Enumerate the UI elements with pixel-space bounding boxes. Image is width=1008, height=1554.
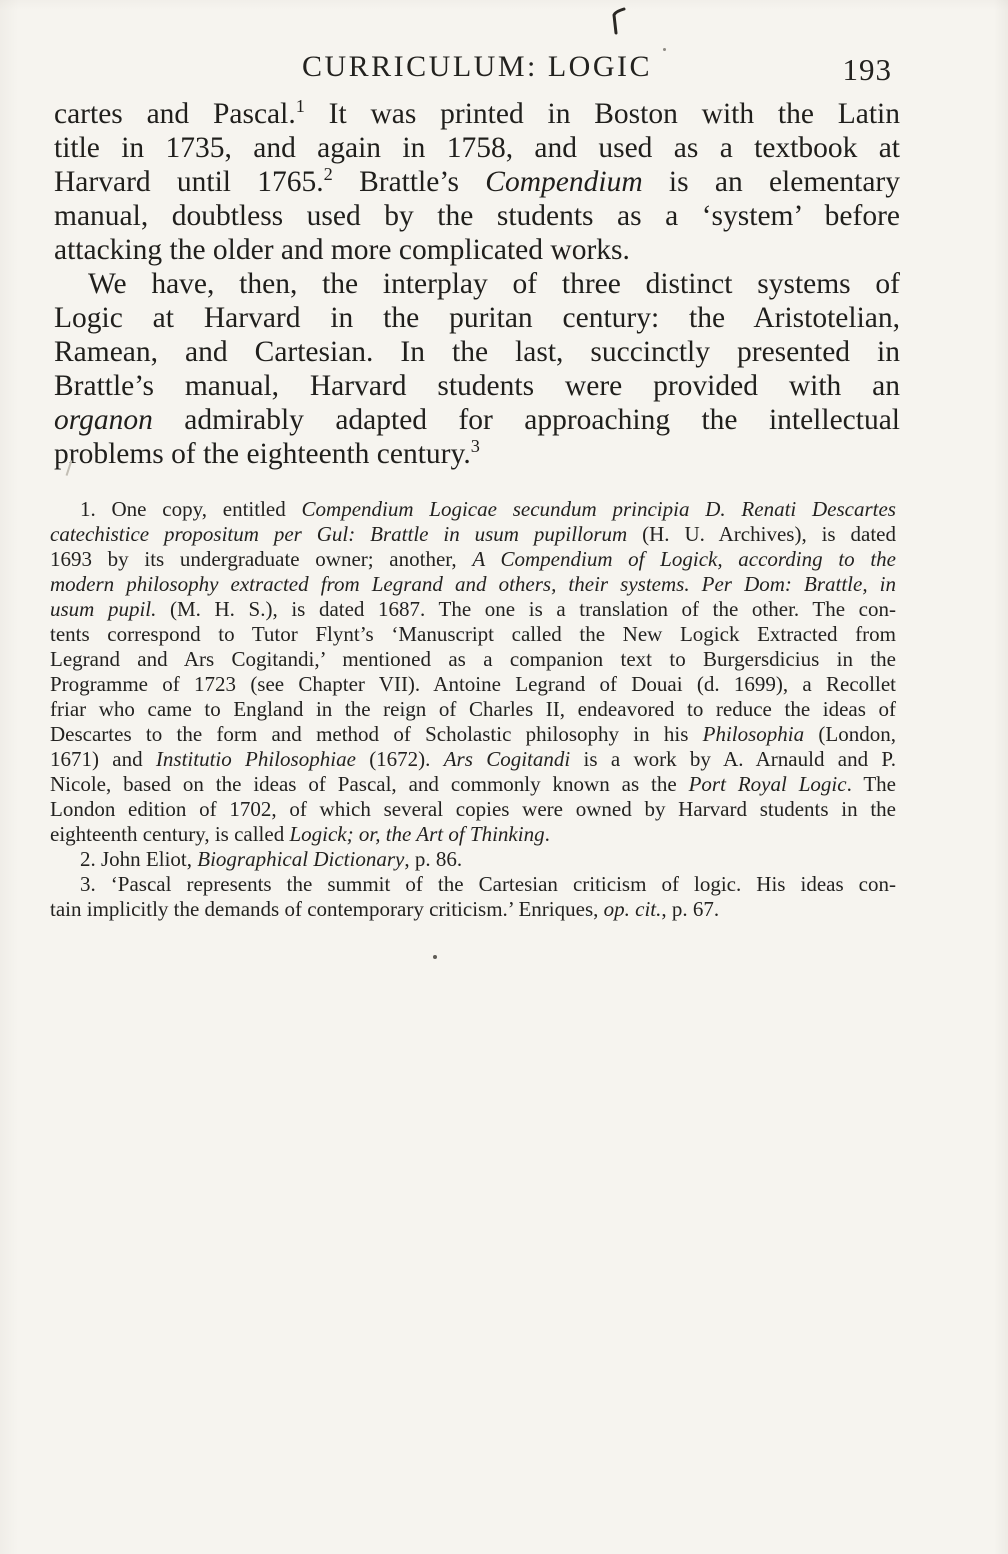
text-segment: Ramean, and Cartesian. In the last, succ…	[54, 336, 900, 368]
text-line: organon admirably adapted for approachin…	[54, 403, 900, 437]
ink-dot-icon	[433, 955, 437, 959]
text-segment: 1693 by its undergraduate owner; another…	[50, 547, 472, 571]
text-line: title in 1735, and again in 1758, and us…	[54, 131, 900, 165]
text-segment: Biographical Dictionary	[197, 847, 404, 871]
text-segment: admirably adapted for approaching the in…	[153, 404, 900, 436]
text-line: problems of the eighteenth century.3	[54, 437, 900, 471]
text-line: 2. John Eliot, Biographical Dictionary, …	[50, 847, 896, 872]
text-line: Legrand and Ars Cogitandi,’ mentioned as…	[50, 647, 896, 672]
text-line: We have, then, the interplay of three di…	[54, 267, 900, 301]
text-line: usum pupil. (M. H. S.), is dated 1687. T…	[50, 597, 896, 622]
text-line: 1. One copy, entitled Compendium Logicae…	[50, 497, 896, 522]
paragraph: We have, then, the interplay of three di…	[54, 267, 900, 471]
text-segment: Legrand and Ars Cogitandi,’ mentioned as…	[50, 647, 896, 671]
text-segment: Compendium Logicae secundum principia D.…	[302, 497, 896, 521]
text-line: Harvard until 1765.2 Brattle’s Compendiu…	[54, 165, 900, 199]
text-line: Descartes to the form and method of Scho…	[50, 722, 896, 747]
text-segment: We have, then, the interplay of three di…	[88, 268, 900, 300]
text-segment: A Compendium of Logick, according to the	[472, 547, 896, 571]
text-segment: Harvard until 1765.	[54, 166, 324, 198]
text-segment: modern philosophy extracted from Legrand…	[50, 572, 896, 596]
text-line: eighteenth century, is called Logick; or…	[50, 822, 896, 847]
text-segment: usum pupil.	[50, 597, 156, 621]
text-segment: 1671) and	[50, 747, 156, 771]
text-segment: tents correspond to Tutor Flynt’s ‘Manus…	[50, 622, 896, 646]
footnote-reference: 1	[296, 96, 305, 116]
ink-speck-icon	[663, 48, 666, 51]
text-segment: title in 1735, and again in 1758, and us…	[54, 132, 900, 164]
paragraph: 3. ‘Pascal represents the summit of the …	[50, 872, 896, 922]
text-segment: Logick; or, the Art of Thinking	[289, 822, 544, 846]
text-segment: 3. ‘Pascal represents the summit of the …	[80, 872, 896, 896]
text-segment: (London,	[804, 722, 896, 746]
text-line: cartes and Pascal.1 It was printed in Bo…	[54, 97, 900, 131]
text-line: Brattle’s manual, Harvard students were …	[54, 369, 900, 403]
text-segment: Brattle’s manual, Harvard students were …	[54, 370, 900, 402]
text-segment: Brattle’s	[333, 166, 486, 198]
text-line: London edition of 1702, of which several…	[50, 797, 896, 822]
text-segment: Institutio Philosophiae	[156, 747, 356, 771]
text-segment: Port Royal Logic	[689, 772, 847, 796]
text-line: catechistice propositum per Gul: Brattle…	[50, 522, 896, 547]
stray-pen-mark-icon	[605, 6, 631, 36]
text-segment: manual, doubtless used by the students a…	[54, 200, 900, 232]
text-segment: , p. 86.	[404, 847, 462, 871]
paragraph: 2. John Eliot, Biographical Dictionary, …	[50, 847, 896, 872]
text-segment: Programme of 1723 (see Chapter VII). Ant…	[50, 672, 896, 696]
text-segment: .	[545, 822, 550, 846]
text-segment: cartes and Pascal.	[54, 98, 296, 130]
stray-pen-mark-icon	[605, 6, 631, 36]
book-page: CURRICULUM: LOGIC 193 cartes and Pascal.…	[0, 0, 1008, 1554]
text-segment: Philosophia	[703, 722, 805, 746]
text-segment: Descartes to the form and method of Scho…	[50, 722, 703, 746]
text-segment: (M. H. S.), is dated 1687. The one is a …	[156, 597, 896, 621]
text-line: 1693 by its undergraduate owner; another…	[50, 547, 896, 572]
text-line: Logic at Harvard in the puritan century:…	[54, 301, 900, 335]
text-segment: , p. 67.	[661, 897, 719, 921]
footnote-reference: 3	[471, 436, 480, 456]
text-segment: . The	[847, 772, 896, 796]
text-segment: London edition of 1702, of which several…	[50, 797, 896, 821]
text-segment: (1672).	[356, 747, 444, 771]
running-title: CURRICULUM: LOGIC	[54, 50, 900, 84]
text-segment: organon	[54, 404, 153, 436]
text-segment: friar who came to England in the reign o…	[50, 697, 896, 721]
page-header: CURRICULUM: LOGIC 193	[54, 50, 900, 88]
footnote-reference: 2	[324, 164, 333, 184]
text-line: Programme of 1723 (see Chapter VII). Ant…	[50, 672, 896, 697]
text-segment: is a work by A. Arnauld and P.	[570, 747, 896, 771]
text-line: 3. ‘Pascal represents the summit of the …	[50, 872, 896, 897]
text-line: attacking the older and more complicated…	[54, 233, 900, 267]
text-line: tain implicitly the demands of contempor…	[50, 897, 896, 922]
text-segment: Ars Cogitandi	[444, 747, 571, 771]
text-segment: attacking the older and more complicated…	[54, 234, 630, 266]
main-text-block: cartes and Pascal.1 It was printed in Bo…	[54, 97, 900, 471]
text-segment: Logic at Harvard in the puritan century:…	[54, 302, 900, 334]
text-line: Nicole, based on the ideas of Pascal, an…	[50, 772, 896, 797]
text-line: modern philosophy extracted from Legrand…	[50, 572, 896, 597]
text-segment: tain implicitly the demands of contempor…	[50, 897, 604, 921]
text-segment: eighteenth century, is called	[50, 822, 289, 846]
footnotes-block: 1. One copy, entitled Compendium Logicae…	[50, 497, 896, 922]
text-segment: 1. One copy, entitled	[80, 497, 302, 521]
text-line: Ramean, and Cartesian. In the last, succ…	[54, 335, 900, 369]
text-line: friar who came to England in the reign o…	[50, 697, 896, 722]
text-line: 1671) and Institutio Philosophiae (1672)…	[50, 747, 896, 772]
text-segment: 2. John Eliot,	[80, 847, 197, 871]
text-line: manual, doubtless used by the students a…	[54, 199, 900, 233]
paragraph: 1. One copy, entitled Compendium Logicae…	[50, 497, 896, 847]
text-segment: Nicole, based on the ideas of Pascal, an…	[50, 772, 689, 796]
text-segment: is an elementary	[643, 166, 900, 198]
text-segment: Compendium	[485, 166, 642, 198]
paragraph: cartes and Pascal.1 It was printed in Bo…	[54, 97, 900, 267]
text-segment: It was printed in Boston with the Latin	[305, 98, 900, 130]
text-line: tents correspond to Tutor Flynt’s ‘Manus…	[50, 622, 896, 647]
text-segment: op. cit.	[604, 897, 662, 921]
text-segment: problems of the eighteenth century.	[54, 438, 471, 470]
page-number: 193	[843, 52, 893, 88]
text-segment: (H. U. Archives), is dated	[627, 522, 896, 546]
text-segment: catechistice propositum per Gul: Brattle…	[50, 522, 627, 546]
